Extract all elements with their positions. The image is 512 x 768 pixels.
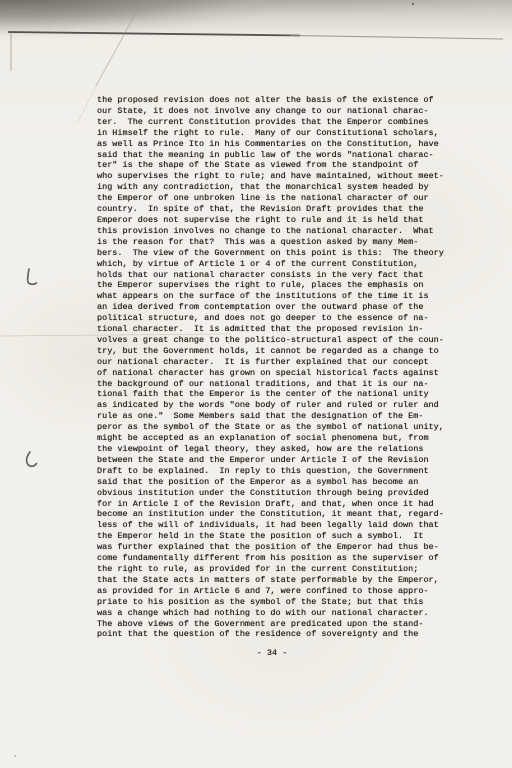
text-line: in Himself the right to rule. Many of ou… — [97, 128, 457, 139]
text-line: which, by virtue of Article 1 or 4 of th… — [97, 259, 457, 270]
typed-text-block: the proposed revision does not alter the… — [97, 95, 457, 640]
text-line: Draft to be explained. In reply to this … — [97, 466, 457, 477]
text-line: of national character has grown on speci… — [97, 368, 457, 379]
text-line: ter. The current Constitution provides t… — [97, 117, 457, 128]
text-line: as well as Prince Ito in his Commentarie… — [97, 139, 457, 150]
text-line: for in Article I of the Revision Draft, … — [97, 499, 457, 510]
text-line: this provision involves no change to the… — [97, 226, 457, 237]
text-line: as indicated by the words "one body of r… — [97, 400, 457, 411]
text-line: obvious institution under the Constituti… — [97, 488, 457, 499]
text-line: Emperor does not supervise the right to … — [97, 215, 457, 226]
text-line: said that the position of the Emperor as… — [97, 477, 457, 488]
text-line: rule as one." Some Members said that the… — [97, 411, 457, 422]
text-line: the viewpoint of legal theory, they aske… — [97, 444, 457, 455]
text-line: the Emperor of one unbroken line is the … — [97, 193, 457, 204]
text-line: bers. The view of the Government on this… — [97, 248, 457, 259]
text-line: country. In spite of that, the Revision … — [97, 204, 457, 215]
text-line: the background of our national tradition… — [97, 379, 457, 390]
speck — [14, 755, 16, 757]
text-line: ing with any contradiction, that the mon… — [97, 182, 457, 193]
text-line: priate to his position as the symbol of … — [97, 597, 457, 608]
text-line: our State, it does not involve any chang… — [97, 106, 457, 117]
text-line: the proposed revision does not alter the… — [97, 95, 457, 106]
text-line: between the State and the Emperor under … — [97, 455, 457, 466]
text-line: tional faith that the Emperor is the cen… — [97, 389, 457, 400]
text-line: as provided for in Article 6 and 7, were… — [97, 586, 457, 597]
text-line: was a change which had nothing to do wit… — [97, 608, 457, 619]
text-line: peror as the symbol of the State or as t… — [97, 422, 457, 433]
text-line: holds that our national character consis… — [97, 270, 457, 281]
text-line: come fundamentally different from his po… — [97, 553, 457, 564]
pencil-bracket-mark — [28, 269, 37, 284]
text-line: try, but the Government holds, it cannot… — [97, 346, 457, 357]
scanner-edge-shadow — [0, 0, 512, 48]
text-line: that the State acts in matters of state … — [97, 575, 457, 586]
text-line: the Emperor held in the State the positi… — [97, 531, 457, 542]
text-line: an idea derived from contemptation over … — [97, 302, 457, 313]
text-line: The above views of the Government are pr… — [97, 619, 457, 630]
text-line: point that the question of the residence… — [97, 629, 457, 640]
text-line: the Emperor supervises the right to rule… — [97, 280, 457, 291]
text-line: political structure, and does not go dee… — [97, 313, 457, 324]
text-line: what appears on the surface of the insti… — [97, 291, 457, 302]
text-line: might be accepted as an explanation of s… — [97, 433, 457, 444]
text-line: is the reason for that? This was a quest… — [97, 237, 457, 248]
page-number: - 34 - — [97, 648, 447, 658]
text-line: volves a great change to the politico-st… — [97, 335, 457, 346]
text-line: tional character. It is admitted that th… — [97, 324, 457, 335]
text-line: said that the meaning in public law of t… — [97, 150, 457, 161]
text-line: less of the will of individuals, it had … — [97, 520, 457, 531]
text-line: the right to rule, as provided for in th… — [97, 564, 457, 575]
text-line: was further explained that the position … — [97, 542, 457, 553]
scanned-document-page: the proposed revision does not alter the… — [0, 0, 512, 768]
pencil-bracket-mark — [27, 452, 37, 466]
text-line: ter" is the shape of the State as viewed… — [97, 160, 457, 171]
text-line: become an institution under the Constitu… — [97, 509, 457, 520]
crease-line-faint — [78, 86, 96, 122]
text-line: who supervises the right to rule; and ha… — [97, 171, 457, 182]
text-line: our national character. It is further ex… — [97, 357, 457, 368]
